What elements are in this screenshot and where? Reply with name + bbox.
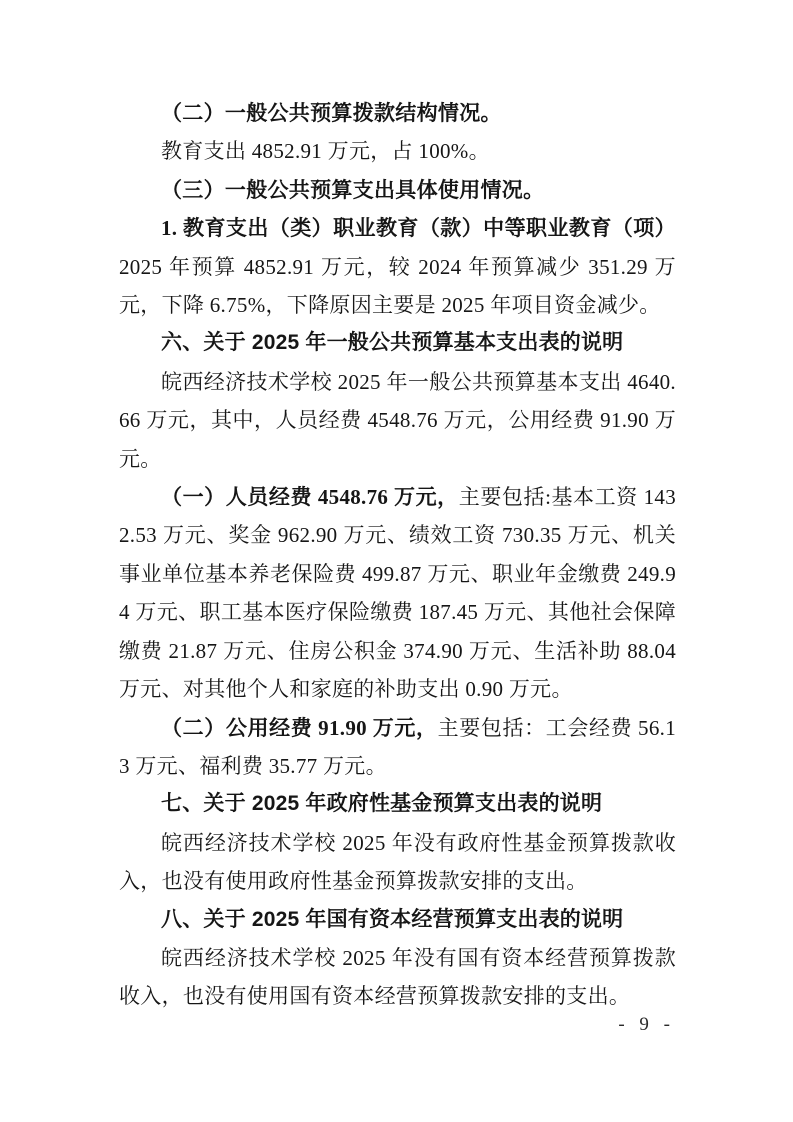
paragraph-lead: （一）人员经费 4548.76 万元， <box>161 485 459 509</box>
page-number: - 9 - <box>618 1011 675 1039</box>
paragraph-personnel-funds: （一）人员经费 4548.76 万元，主要包括:基本工资 1432.53 万元、… <box>119 478 676 708</box>
paragraph-lead: （二）公用经费 91.90 万元， <box>161 716 438 740</box>
paragraph-education-expenditure: 教育支出 4852.91 万元，占 100%。 <box>119 132 676 170</box>
paragraph-lead: 1. 教育支出（类）职业教育（款）中等职业教育（项） <box>161 216 676 240</box>
paragraph-rest: 2025 年预算 4852.91 万元，较 2024 年预算减少 351.29 … <box>119 255 676 317</box>
paragraph-basic-expenditure-summary: 皖西经济技术学校 2025 年一般公共预算基本支出 4640.66 万元，其中，… <box>119 363 676 478</box>
section-heading-eight: 八、关于 2025 年国有资本经营预算支出表的说明 <box>119 901 676 939</box>
paragraph-vocational-education-item: 1. 教育支出（类）职业教育（款）中等职业教育（项）2025 年预算 4852.… <box>119 209 676 324</box>
subheading-budget-specific-usage: （三）一般公共预算支出具体使用情况。 <box>119 171 676 209</box>
document-body: （二）一般公共预算拨款结构情况。 教育支出 4852.91 万元，占 100%。… <box>119 94 676 1016</box>
paragraph-state-capital-budget: 皖西经济技术学校 2025 年没有国有资本经营预算拨款收入，也没有使用国有资本经… <box>119 939 676 1016</box>
section-heading-seven: 七、关于 2025 年政府性基金预算支出表的说明 <box>119 785 676 823</box>
paragraph-rest: 主要包括:基本工资 1432.53 万元、奖金 962.90 万元、绩效工资 7… <box>119 485 676 701</box>
section-heading-six: 六、关于 2025 年一般公共预算基本支出表的说明 <box>119 324 676 362</box>
subheading-budget-allocation-structure: （二）一般公共预算拨款结构情况。 <box>119 94 676 132</box>
paragraph-public-funds: （二）公用经费 91.90 万元，主要包括：工会经费 56.13 万元、福利费 … <box>119 709 676 786</box>
document-page: （二）一般公共预算拨款结构情况。 教育支出 4852.91 万元，占 100%。… <box>0 0 793 1122</box>
paragraph-government-fund-budget: 皖西经济技术学校 2025 年没有政府性基金预算拨款收入，也没有使用政府性基金预… <box>119 824 676 901</box>
